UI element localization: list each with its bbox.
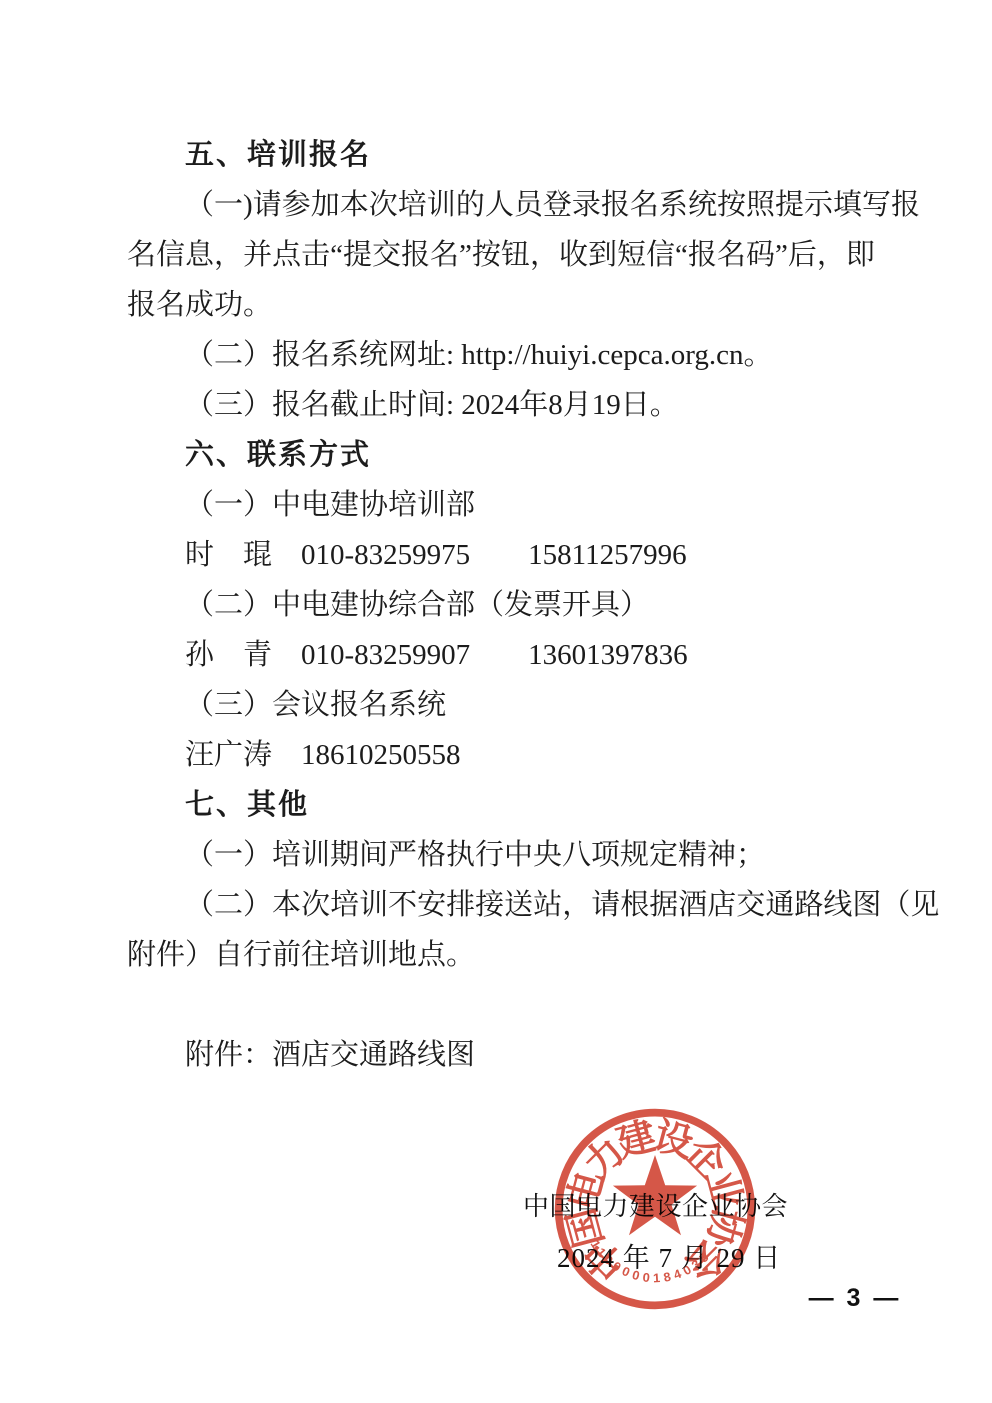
paragraph-line: 附件）自行前往培训地点。: [127, 930, 870, 980]
page-number: — 3 —: [795, 1281, 915, 1315]
section-heading-6: 六、联系方式: [127, 430, 870, 480]
paragraph-line: （三）会议报名系统: [127, 680, 870, 730]
paragraph-line: （二）本次培训不安排接送站，请根据酒店交通路线图（见: [127, 880, 870, 930]
contact-line: 孙 青 010-83259907 13601397836: [127, 630, 870, 680]
blank-line: [127, 980, 870, 1030]
paragraph-line: （二）中电建协综合部（发票开具）: [127, 580, 870, 630]
paragraph-line: （三）报名截止时间: 2024年8月19日。: [127, 380, 870, 430]
document-page: 五、培训报名（一)请参加本次培训的人员登录报名系统按照提示填写报名信息，并点击“…: [0, 0, 992, 1403]
paragraph-line: 报名成功。: [127, 280, 870, 330]
paragraph-line: （一)请参加本次培训的人员登录报名系统按照提示填写报: [127, 180, 870, 230]
paragraph-line: （一）中电建协培训部: [127, 480, 870, 530]
document-body: 五、培训报名（一)请参加本次培训的人员登录报名系统按照提示填写报名信息，并点击“…: [127, 130, 870, 1080]
paragraph-line: 名信息，并点击“提交报名”按钮，收到短信“报名码”后，即: [127, 230, 870, 280]
paragraph-line: （一）培训期间严格执行中央八项规定精神；: [127, 830, 870, 880]
attachment-line: 附件：酒店交通路线图: [127, 1030, 870, 1080]
contact-line: 汪广涛 18610250558: [127, 730, 870, 780]
official-seal-icon: 中国电力建设企业协会 1100000184035: [549, 1102, 761, 1316]
section-heading-5: 五、培训报名: [127, 130, 870, 180]
contact-line: 时 琨 010-83259975 15811257996: [127, 530, 870, 580]
paragraph-line: （二）报名系统网址: http://huiyi.cepca.org.cn。: [127, 330, 870, 380]
section-heading-7: 七、其他: [127, 780, 870, 830]
